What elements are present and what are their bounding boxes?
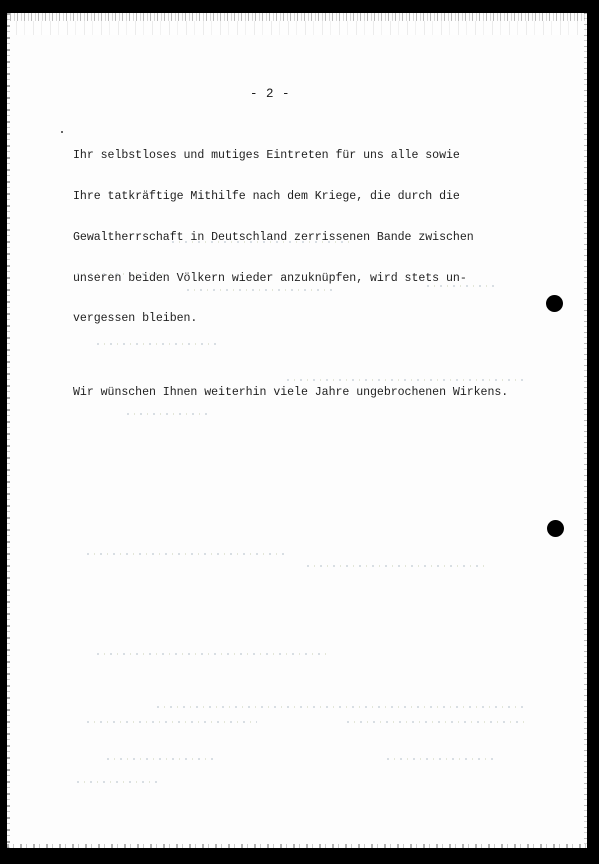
- margin-mark: [61, 131, 63, 133]
- scan-edge-top: [7, 13, 587, 21]
- scan-edge-bottom: [7, 844, 587, 848]
- text-line: Gewaltherrschaft in Deutschland zerrisse…: [73, 231, 573, 245]
- show-through-text: [157, 706, 527, 708]
- show-through-text: [97, 653, 327, 655]
- paragraph-1: Ihr selbstloses und mutiges Eintreten fü…: [73, 122, 573, 353]
- text-line: vergessen bleiben.: [73, 312, 573, 326]
- scan-edge-right: [584, 13, 587, 848]
- text-line: unseren beiden Völkern wieder anzuknüpfe…: [73, 272, 573, 286]
- show-through-text: [87, 721, 257, 723]
- letter-body: Ihr selbstloses und mutiges Eintreten fü…: [73, 122, 573, 433]
- text-line: Ihr selbstloses und mutiges Eintreten fü…: [73, 149, 573, 163]
- show-through-text: [77, 781, 157, 783]
- show-through-text: [387, 758, 497, 760]
- page-number: - 2 -: [250, 87, 290, 101]
- show-through-text: [307, 565, 487, 567]
- punch-hole: [546, 295, 563, 312]
- text-line: Ihre tatkräftige Mithilfe nach dem Krieg…: [73, 190, 573, 204]
- paragraph-2: Wir wünschen Ihnen weiterhin viele Jahre…: [73, 359, 573, 427]
- text-line: Wir wünschen Ihnen weiterhin viele Jahre…: [73, 386, 573, 400]
- show-through-text: [107, 758, 217, 760]
- show-through-text: [87, 553, 287, 555]
- scan-edge-left: [7, 13, 10, 848]
- show-through-text: [347, 721, 527, 723]
- scan-noise-top: [7, 21, 587, 35]
- punch-hole: [547, 520, 564, 537]
